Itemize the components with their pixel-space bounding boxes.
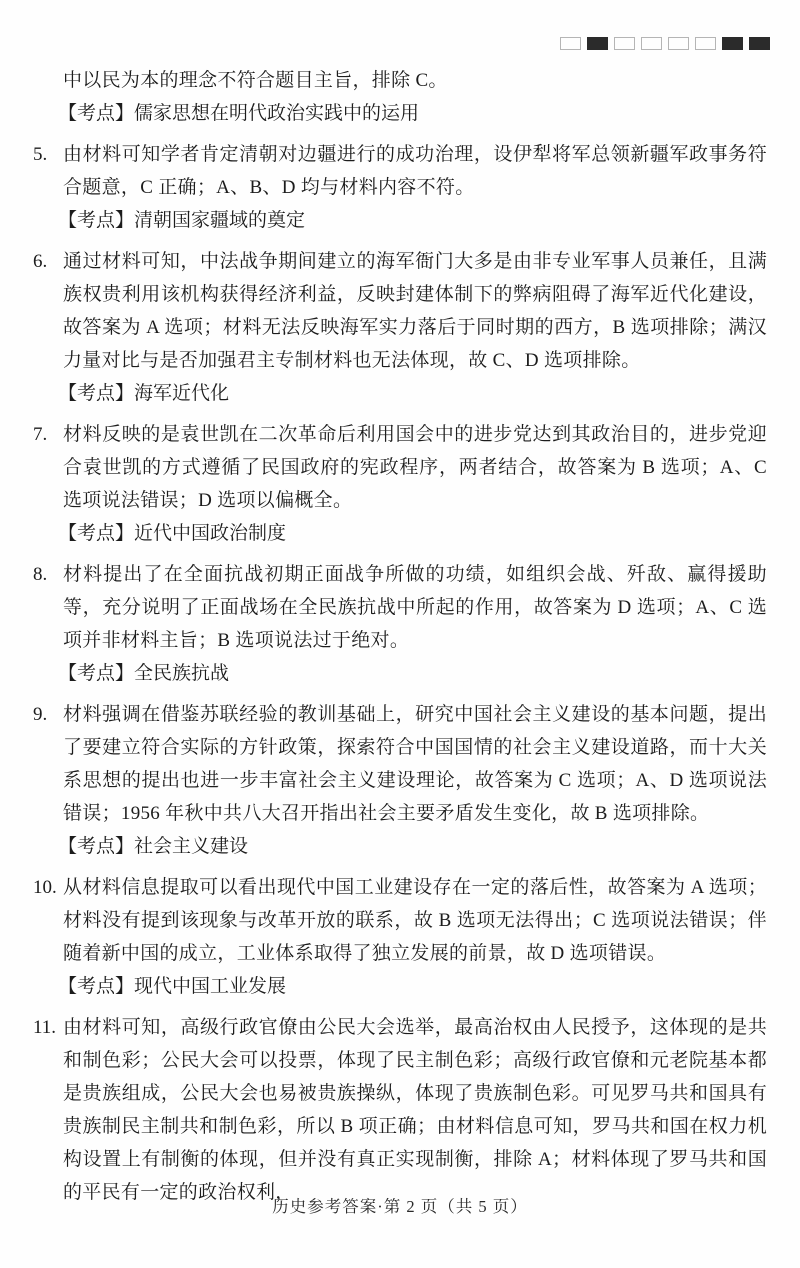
item-explanation: 10. 从材料信息提取可以看出现代中国工业建设存在一定的落后性，故答案为 A 选…: [63, 871, 767, 970]
answer-item-5: 5. 由材料可知学者肯定清朝对边疆进行的成功治理，设伊犁将军总领新疆军政事务符合…: [38, 138, 767, 237]
registration-mark-empty: [668, 37, 689, 50]
exam-point-label: 【考点】: [58, 103, 134, 124]
registration-mark-filled: [749, 37, 770, 50]
exam-point-label: 【考点】: [58, 663, 134, 684]
exam-point-label: 【考点】: [58, 210, 134, 231]
item-explanation: 8. 材料提出了在全面抗战初期正面战争所做的功绩，如组织会战、歼敌、赢得援助等，…: [63, 558, 767, 657]
item-number: 5.: [33, 138, 57, 171]
answer-item-6: 6. 通过材料可知，中法战争期间建立的海军衙门大多是由非专业军事人员兼任，且满族…: [38, 245, 767, 410]
item-body-text: 材料提出了在全面抗战初期正面战争所做的功绩，如组织会战、歼敌、赢得援助等，充分说…: [63, 564, 767, 651]
item-number: 11.: [33, 1011, 57, 1044]
exam-point-line: 【考点】儒家思想在明代政治实践中的运用: [58, 97, 767, 130]
exam-point-line: 【考点】社会主义建设: [58, 830, 767, 863]
item-number: 6.: [33, 245, 57, 278]
registration-mark-empty: [560, 37, 581, 50]
item-number: 7.: [33, 418, 57, 451]
item-number: 10.: [33, 871, 57, 904]
exam-point-line: 【考点】海军近代化: [58, 377, 767, 410]
item-number: 8.: [33, 558, 57, 591]
item-body-text: 通过材料可知，中法战争期间建立的海军衙门大多是由非专业军事人员兼任，且满族权贵利…: [63, 251, 767, 371]
item-explanation: 7. 材料反映的是袁世凯在二次革命后利用国会中的进步党达到其政治目的，进步党迎合…: [63, 418, 767, 517]
registration-mark-empty: [641, 37, 662, 50]
registration-marks: [554, 37, 770, 52]
exam-point-line: 【考点】现代中国工业发展: [58, 970, 767, 1003]
exam-point-topic: 儒家思想在明代政治实践中的运用: [134, 103, 419, 124]
exam-point-label: 【考点】: [58, 383, 134, 404]
answers-content: 中以民为本的理念不符合题目主旨，排除 C。 【考点】儒家思想在明代政治实践中的运…: [38, 64, 767, 1217]
answer-item-8: 8. 材料提出了在全面抗战初期正面战争所做的功绩，如组织会战、歼敌、赢得援助等，…: [38, 558, 767, 690]
exam-point-label: 【考点】: [58, 976, 134, 997]
item-explanation: 9. 材料强调在借鉴苏联经验的教训基础上，研究中国社会主义建设的基本问题，提出了…: [63, 698, 767, 830]
exam-point-topic: 现代中国工业发展: [134, 976, 286, 997]
item-explanation: 5. 由材料可知学者肯定清朝对边疆进行的成功治理，设伊犁将军总领新疆军政事务符合…: [63, 138, 767, 204]
item-body-text: 由材料可知学者肯定清朝对边疆进行的成功治理，设伊犁将军总领新疆军政事务符合题意，…: [63, 144, 767, 198]
answer-item-4-continuation: 中以民为本的理念不符合题目主旨，排除 C。 【考点】儒家思想在明代政治实践中的运…: [38, 64, 767, 130]
page-footer: 历史参考答案·第 2 页（共 5 页）: [0, 1193, 800, 1217]
registration-mark-filled: [722, 37, 743, 50]
exam-point-topic: 清朝国家疆域的奠定: [134, 210, 305, 231]
answer-item-11: 11. 由材料可知，高级行政官僚由公民大会选举，最高治权由人民授予，这体现的是共…: [38, 1011, 767, 1209]
registration-mark-filled: [587, 37, 608, 50]
item-body-text: 从材料信息提取可以看出现代中国工业建设存在一定的落后性，故答案为 A 选项；材料…: [63, 877, 767, 964]
answer-item-7: 7. 材料反映的是袁世凯在二次革命后利用国会中的进步党达到其政治目的，进步党迎合…: [38, 418, 767, 550]
item-body-text: 由材料可知，高级行政官僚由公民大会选举，最高治权由人民授予，这体现的是共和制色彩…: [63, 1017, 767, 1203]
item-explanation: 11. 由材料可知，高级行政官僚由公民大会选举，最高治权由人民授予，这体现的是共…: [63, 1011, 767, 1209]
registration-mark-empty: [695, 37, 716, 50]
item-explanation: 6. 通过材料可知，中法战争期间建立的海军衙门大多是由非专业军事人员兼任，且满族…: [63, 245, 767, 377]
answer-sheet-page: 中以民为本的理念不符合题目主旨，排除 C。 【考点】儒家思想在明代政治实践中的运…: [0, 0, 800, 1268]
exam-point-line: 【考点】近代中国政治制度: [58, 517, 767, 550]
exam-point-topic: 社会主义建设: [134, 836, 248, 857]
exam-point-topic: 海军近代化: [134, 383, 229, 404]
exam-point-line: 【考点】清朝国家疆域的奠定: [58, 204, 767, 237]
exam-point-topic: 近代中国政治制度: [134, 523, 286, 544]
exam-point-label: 【考点】: [58, 523, 134, 544]
exam-point-line: 【考点】全民族抗战: [58, 657, 767, 690]
exam-point-label: 【考点】: [58, 836, 134, 857]
registration-mark-empty: [614, 37, 635, 50]
item-body-text: 材料反映的是袁世凯在二次革命后利用国会中的进步党达到其政治目的，进步党迎合袁世凯…: [63, 424, 767, 511]
item-body-text: 材料强调在借鉴苏联经验的教训基础上，研究中国社会主义建设的基本问题，提出了要建立…: [63, 704, 767, 824]
answer-item-10: 10. 从材料信息提取可以看出现代中国工业建设存在一定的落后性，故答案为 A 选…: [38, 871, 767, 1003]
exam-point-topic: 全民族抗战: [134, 663, 229, 684]
item-number: 9.: [33, 698, 57, 731]
item-body-text: 中以民为本的理念不符合题目主旨，排除 C。: [63, 70, 448, 91]
item-explanation: 中以民为本的理念不符合题目主旨，排除 C。: [63, 64, 767, 97]
answer-item-9: 9. 材料强调在借鉴苏联经验的教训基础上，研究中国社会主义建设的基本问题，提出了…: [38, 698, 767, 863]
